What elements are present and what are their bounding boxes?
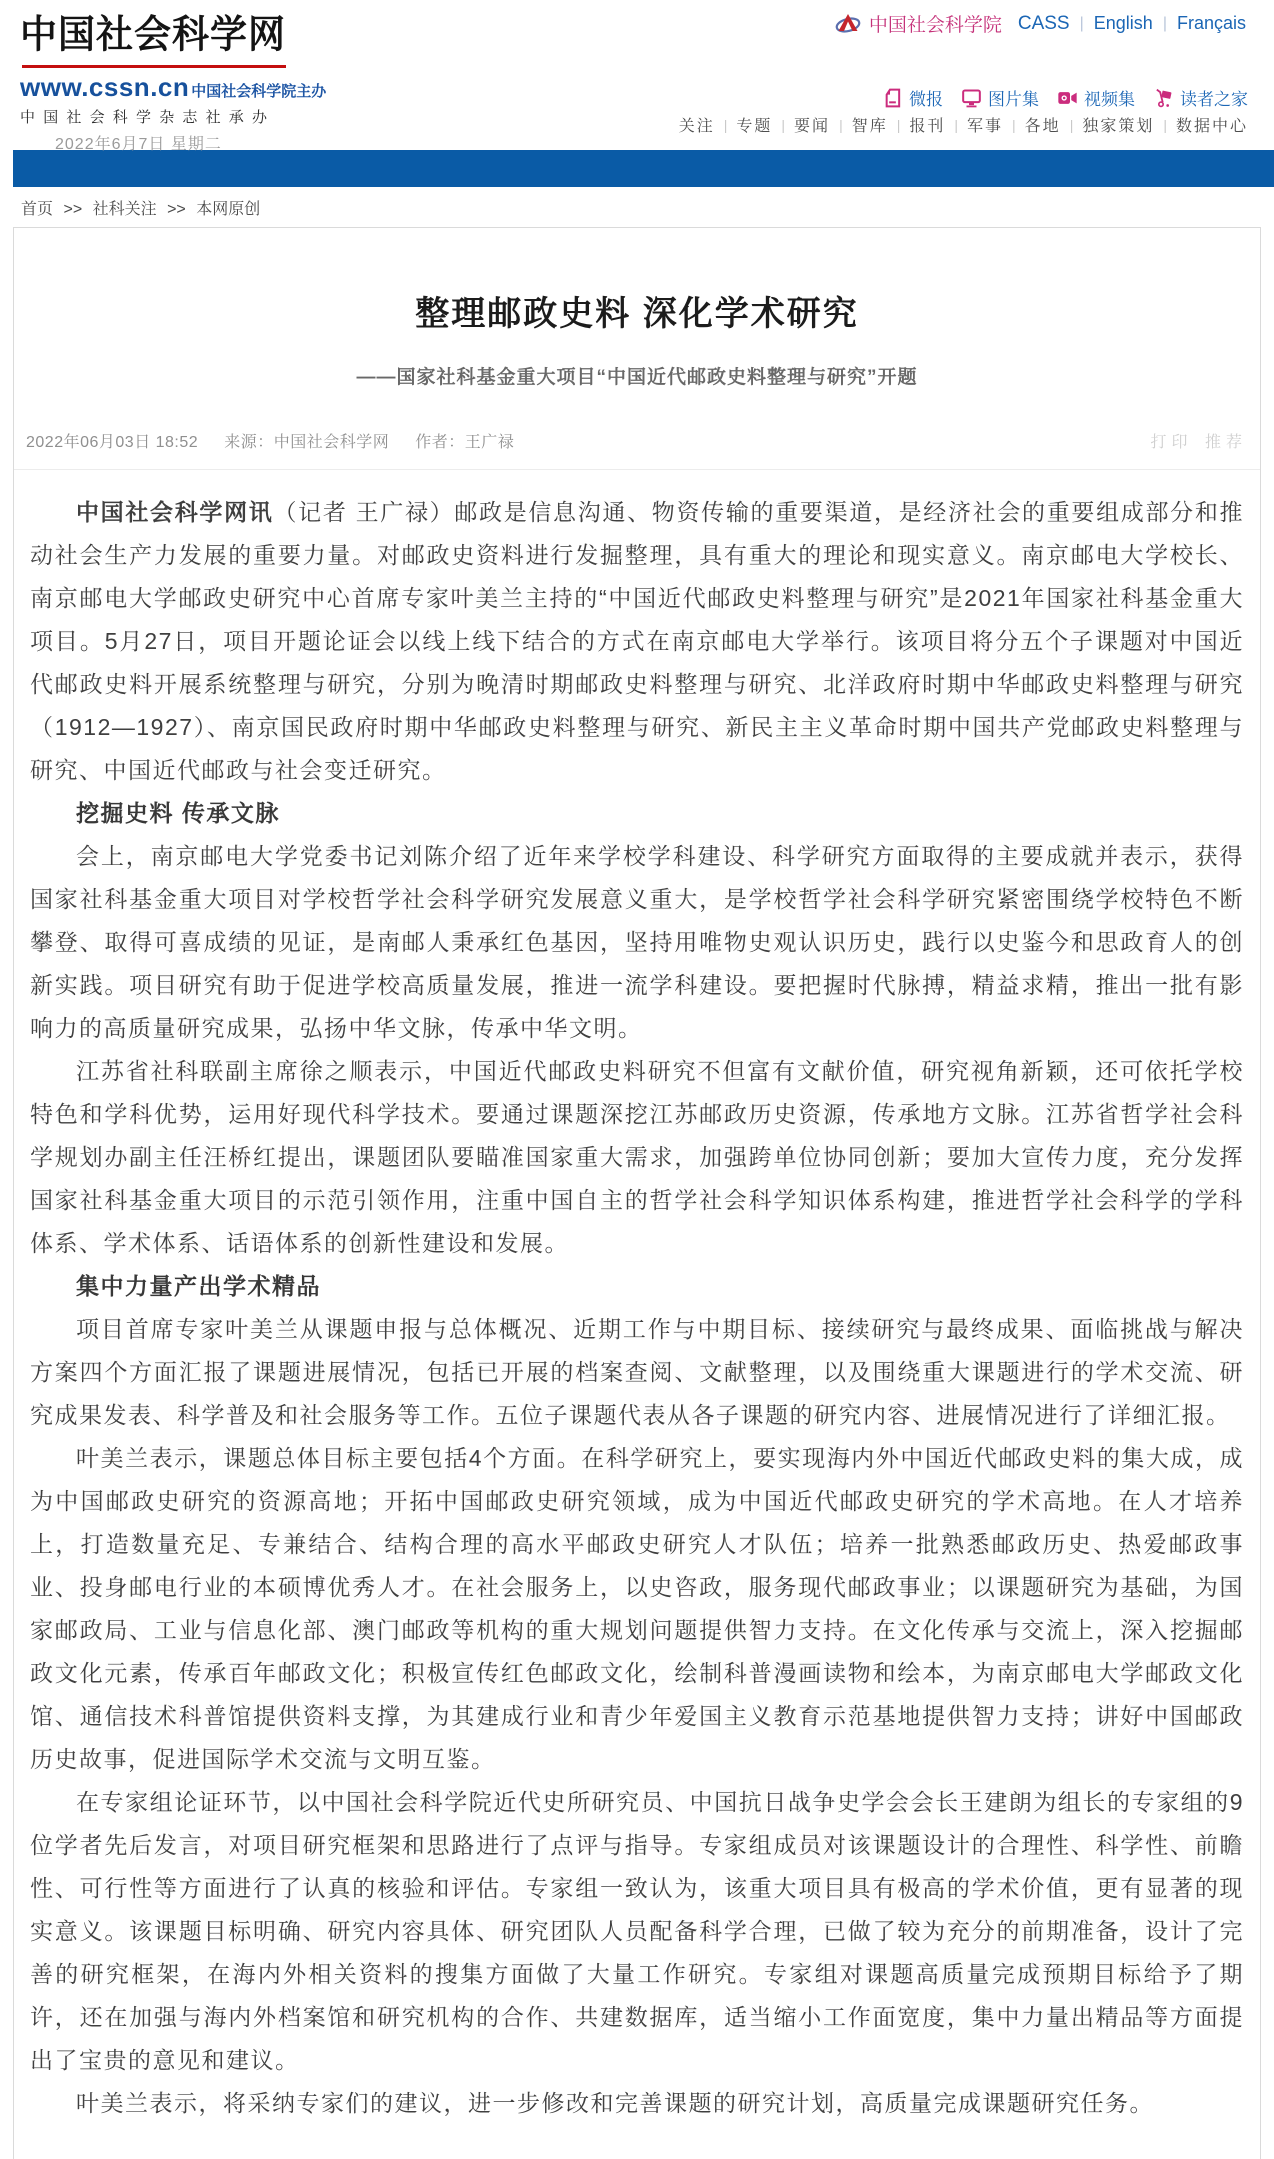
site-host-line: 中国社会科学院主办: [191, 80, 326, 101]
francais-link[interactable]: Français: [1177, 13, 1246, 34]
nav-link-junshi[interactable]: 军事: [967, 113, 1003, 136]
top-link-separator: |: [1163, 15, 1167, 33]
nav-separator: |: [1012, 117, 1016, 133]
article-paragraph: 项目首席专家叶美兰从课题申报与总体概况、近期工作与中期目标、接续研究与最终成果、…: [30, 1308, 1244, 1437]
header-top-links: 中国社会科学院 CASS | English | Français: [835, 10, 1246, 37]
video-gallery-icon: [1057, 88, 1078, 108]
cass-cn-link[interactable]: 中国社会科学院: [869, 10, 1002, 37]
site-logo-calligraphy: 中国社会科学网: [20, 3, 288, 66]
print-button[interactable]: 打印: [1151, 434, 1193, 451]
nav-separator: |: [1070, 117, 1074, 133]
breadcrumb-separator: >>: [63, 201, 82, 218]
nav-link-yaowen[interactable]: 要闻: [794, 113, 830, 136]
site-header: 中国社会科学网 www.cssn.cn 中国社会科学院主办 中国社会科学杂志社承…: [0, 0, 1274, 150]
paragraph-lead: 中国社会科学网讯: [76, 499, 273, 525]
top-link-separator: |: [1080, 15, 1084, 33]
nav-separator: |: [1163, 117, 1167, 133]
nav-separator: |: [781, 117, 785, 133]
nav-link-baokan[interactable]: 报刊: [909, 113, 945, 136]
header-blue-band: [13, 150, 1274, 187]
english-link[interactable]: English: [1094, 13, 1153, 34]
media-link-readers-home[interactable]: 读者之家: [1153, 85, 1248, 110]
article-subheading: 集中力量产出学术精品: [30, 1265, 1244, 1308]
article-meta: 2022年06月03日 18:52 来源：中国社会科学网 作者：王广禄 打印 推…: [14, 429, 1260, 470]
article-paragraph: 会上，南京邮电大学党委书记刘陈介绍了近年来学校学科建设、科学研究方面取得的主要成…: [30, 835, 1244, 1050]
header-media-links: 微报 图片集 视频集: [864, 85, 1248, 110]
cass-en-link[interactable]: CASS: [1018, 13, 1070, 35]
nav-separator: |: [839, 117, 843, 133]
readers-home-icon: [1153, 88, 1174, 108]
nav-link-gedi[interactable]: 各地: [1025, 113, 1061, 136]
media-link-photo-gallery[interactable]: 图片集: [961, 85, 1039, 110]
site-logo[interactable]: 中国社会科学网 www.cssn.cn 中国社会科学院主办 中国社会科学杂志社承…: [20, 4, 288, 154]
nav-separator: |: [724, 117, 728, 133]
nav-link-guanzhu[interactable]: 关注: [679, 113, 715, 136]
article-paragraph: 叶美兰表示，将采纳专家们的建议，进一步修改和完善课题的研究计划，高质量完成课题研…: [30, 2082, 1244, 2125]
article-paragraph: 江苏省社科联副主席徐之顺表示，中国近代邮政史料研究不但富有文献价值，研究视角新颖…: [30, 1050, 1244, 1265]
nav-link-dujiacehua[interactable]: 独家策划: [1082, 113, 1154, 136]
article-author: 作者：王广禄: [415, 429, 514, 452]
nav-separator: |: [897, 117, 901, 133]
breadcrumb-separator: >>: [167, 201, 186, 218]
breadcrumb: 首页 >> 社科关注 >> 本网原创: [0, 187, 1274, 227]
article-container: 整理邮政史料 深化学术研究 ——国家社科基金重大项目“中国近代邮政史料整理与研究…: [13, 227, 1261, 2159]
article-subtitle: ——国家社科基金重大项目“中国近代邮政史料整理与研究”开题: [14, 362, 1260, 389]
header-nav: 关注 | 专题 | 要闻 | 智库 | 报刊 | 军事 | 各地 | 独家策划 …: [679, 113, 1248, 136]
article-paragraph: 叶美兰表示，课题总体目标主要包括4个方面。在科学研究上，要实现海内外中国近代邮政…: [30, 1437, 1244, 1781]
breadcrumb-home[interactable]: 首页: [21, 201, 53, 218]
cass-logo-icon: [835, 12, 861, 36]
recommend-button[interactable]: 推荐: [1205, 434, 1247, 451]
nav-separator: |: [954, 117, 958, 133]
micro-report-icon: [882, 88, 903, 108]
article-title: 整理邮政史料 深化学术研究: [14, 286, 1260, 335]
site-organizer-line: 中国社会科学杂志社承办: [20, 106, 288, 127]
site-url: www.cssn.cn: [20, 72, 189, 103]
article-body: 中国社会科学网讯（记者 王广禄）邮政是信息沟通、物资传输的重要渠道，是经济社会的…: [14, 470, 1260, 2159]
article-paragraph: 在专家组论证环节，以中国社会科学院近代史所研究员、中国抗日战争史学会会长王建朗为…: [30, 1781, 1244, 2082]
breadcrumb-section[interactable]: 社科关注: [93, 201, 157, 218]
media-link-micro-report[interactable]: 微报: [882, 85, 943, 110]
site-date: 2022年6月7日 星期二: [20, 131, 288, 154]
article-datetime: 2022年06月03日 18:52: [26, 429, 198, 452]
article-subheading: 挖掘史料 传承文脉: [30, 792, 1244, 835]
article-paragraph: 中国社会科学网讯（记者 王广禄）邮政是信息沟通、物资传输的重要渠道，是经济社会的…: [30, 491, 1244, 792]
breadcrumb-subsection[interactable]: 本网原创: [196, 201, 260, 218]
nav-link-shujuzhongxin[interactable]: 数据中心: [1176, 113, 1248, 136]
photo-gallery-icon: [961, 88, 982, 108]
nav-link-zhiku[interactable]: 智库: [852, 113, 888, 136]
media-link-video-gallery[interactable]: 视频集: [1057, 85, 1135, 110]
nav-link-zhuanti[interactable]: 专题: [736, 113, 772, 136]
article-source: 来源：中国社会科学网: [224, 429, 389, 452]
